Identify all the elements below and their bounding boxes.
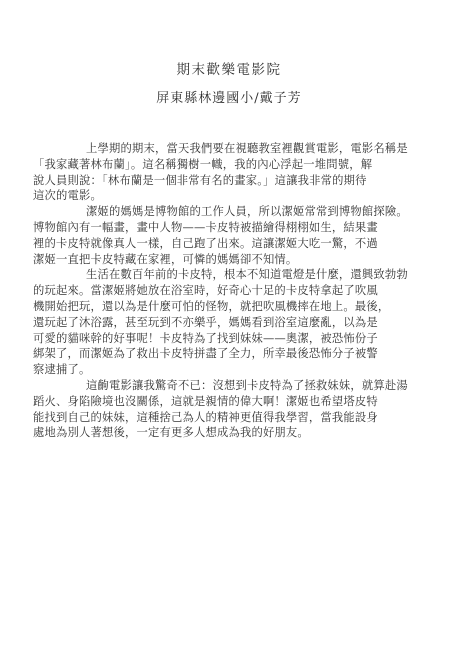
- document-title: 期末歡樂電影院: [0, 0, 458, 80]
- text-line: 生活在數百年前的卡皮特，根本不知道電燈是什麼，還興致勃勃: [33, 267, 428, 283]
- text-line: 能找到自己的妹妹，這種捨己為人的精神更值得我學習，當我能設身: [33, 410, 428, 426]
- text-line: 的玩起來。當潔姬將她放在浴室時，好奇心十足的卡皮特拿起了吹風: [33, 283, 428, 299]
- document-byline: 屏東縣林邊國小/戴子芳: [0, 90, 458, 108]
- text-line: 綁架了，而潔姬為了救出卡皮特拼盡了全力，所幸最後恐怖分子被警: [33, 346, 428, 362]
- paragraph: 潔姬的媽媽是博物館的工作人員，所以潔姬常常到博物館探險。博物館內有一幅畫，畫中人…: [33, 204, 428, 267]
- text-line: 潔姬一直把卡皮特藏在家裡，可憐的媽媽卻不知情。: [33, 252, 428, 268]
- text-line: 蹈火、身陷險境也沒關係，這就是親情的偉大啊！潔姬也希望塔皮特: [33, 394, 428, 410]
- paragraph: 這齣電影讓我驚奇不已：沒想到卡皮特為了拯救妹妹，就算赴湯蹈火、身陷險境也沒關係，…: [33, 378, 428, 441]
- document-page: 期末歡樂電影院 屏東縣林邊國小/戴子芳 上學期的期末，當天我們要在視聽教室裡觀賞…: [0, 0, 458, 648]
- paragraph: 上學期的期末，當天我們要在視聽教室裡觀賞電影，電影名稱是「我家藏著林布蘭」。這名…: [33, 141, 428, 204]
- text-line: 博物館內有一幅畫，畫中人物——卡皮特被描繪得栩栩如生，結果畫: [33, 220, 428, 236]
- text-line: 可愛的貓咪幹的好事呢！卡皮特為了找到妹妹——奧潔，被恐怖份子: [33, 331, 428, 347]
- paragraph: 生活在數百年前的卡皮特，根本不知道電燈是什麼，還興致勃勃的玩起來。當潔姬將她放在…: [33, 267, 428, 378]
- text-line: 機開始把玩，還以為是什麼可怕的怪物，就把吹風機摔在地上。最後，: [33, 299, 428, 315]
- text-line: 這齣電影讓我驚奇不已：沒想到卡皮特為了拯救妹妹，就算赴湯: [33, 378, 428, 394]
- text-line: 處地為別人著想後，一定有更多人想成為我的好朋友。: [33, 425, 428, 441]
- text-line: 「我家藏著林布蘭」。這名稱獨樹一幟，我的內心浮起一堆問號，解: [33, 157, 428, 173]
- text-line: 說人員則說：「林布蘭是一個非常有名的畫家。」這讓我非常的期待: [33, 173, 428, 189]
- text-line: 察逮捕了。: [33, 362, 428, 378]
- text-line: 裡的卡皮特就像真人一樣，自己跑了出來。這讓潔姬大吃一驚，不過: [33, 236, 428, 252]
- document-body: 上學期的期末，當天我們要在視聽教室裡觀賞電影，電影名稱是「我家藏著林布蘭」。這名…: [33, 141, 428, 441]
- text-line: 這次的電影。: [33, 188, 428, 204]
- text-line: 還玩起了沐浴露，甚至玩到不亦樂乎，媽媽看到浴室這麼亂，以為是: [33, 315, 428, 331]
- text-line: 潔姬的媽媽是博物館的工作人員，所以潔姬常常到博物館探險。: [33, 204, 428, 220]
- text-line: 上學期的期末，當天我們要在視聽教室裡觀賞電影，電影名稱是: [33, 141, 428, 157]
